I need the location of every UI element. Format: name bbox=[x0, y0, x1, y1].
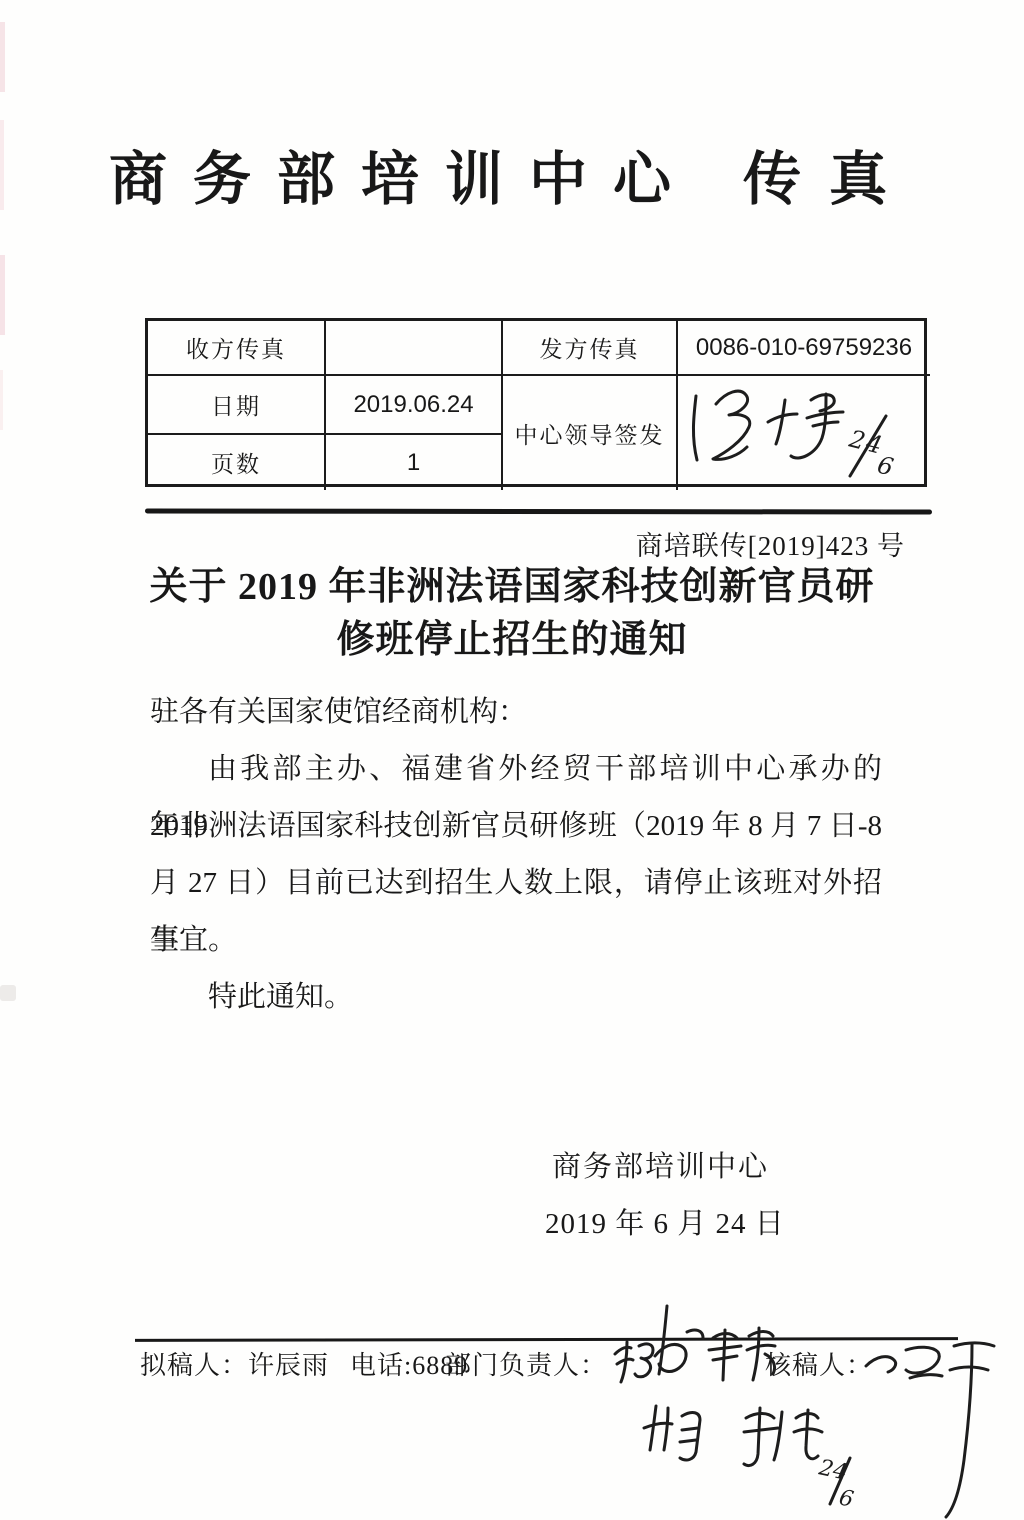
salutation: 驻各有关国家使馆经商机构： bbox=[150, 684, 882, 741]
signature-day: 24 bbox=[846, 424, 887, 460]
reviewer-label: 核稿人： bbox=[765, 1346, 873, 1386]
handwritten-initials-and-date: 24 6 bbox=[638, 1388, 868, 1513]
drafter-field: 拟稿人：许辰雨 bbox=[140, 1346, 329, 1386]
leader-signature: 24 6 bbox=[680, 368, 930, 488]
closing-date: 2019 年 6 月 24 日 bbox=[545, 1201, 785, 1242]
notice-title-line2: 修班停止招生的通知 bbox=[0, 614, 1024, 667]
reviewer-signature bbox=[858, 1320, 1023, 1520]
date-value: 2019.06.24 bbox=[326, 376, 503, 435]
fax-info-table: 收方传真 发方传真 0086-010-69759236 日期 2019.06.2… bbox=[145, 318, 927, 487]
body-line: 事宜。 bbox=[150, 912, 882, 969]
phone-label: 电话: bbox=[350, 1351, 412, 1380]
pages-value: 1 bbox=[326, 435, 503, 490]
initials-month: 6 bbox=[837, 1485, 856, 1512]
body-line: 年非洲法语国家科技创新官员研修班（2019 年 8 月 7 日-8 bbox=[150, 798, 882, 855]
closing-organization: 商务部培训中心 bbox=[552, 1144, 769, 1185]
initials-day: 24 bbox=[816, 1455, 850, 1485]
drafter-name: 许辰雨 bbox=[248, 1351, 329, 1380]
fax-document-page: 商务部培训中心 传真 收方传真 发方传真 0086-010-69759236 日… bbox=[0, 0, 1024, 1520]
leader-signoff-label: 中心领导签发 bbox=[503, 376, 678, 490]
sender-fax-label: 发方传真 bbox=[503, 321, 678, 376]
footer-divider-line bbox=[135, 1337, 958, 1342]
doc-reference-number: 商培联传[2019]423 号 bbox=[636, 524, 905, 563]
notice-body: 驻各有关国家使馆经商机构： 由我部主办、福建省外经贸干部培训中心承办的 2019… bbox=[150, 684, 882, 1026]
drafter-label: 拟稿人： bbox=[140, 1351, 248, 1380]
recipient-fax-label: 收方传真 bbox=[148, 321, 326, 376]
dept-head-handwritten-note bbox=[605, 1298, 780, 1403]
scan-streak bbox=[0, 255, 5, 335]
recipient-fax-value bbox=[326, 321, 503, 376]
masthead-divider-line bbox=[145, 508, 932, 514]
scan-streak bbox=[0, 370, 3, 430]
sender-fax-value: 0086-010-69759236 bbox=[678, 321, 930, 376]
scan-streak bbox=[0, 22, 5, 92]
body-line: 特此通知。 bbox=[150, 969, 882, 1026]
body-line: 月 27 日）目前已达到招生人数上限，请停止该班对外招生 bbox=[150, 855, 882, 912]
dept-head-label: 部门负责人： bbox=[445, 1346, 607, 1386]
signature-month: 6 bbox=[875, 451, 899, 482]
notice-title-line1: 关于 2019 年非洲法语国家科技创新官员研 bbox=[0, 561, 1024, 614]
scan-smudge bbox=[0, 985, 16, 1001]
masthead-org-title: 商务部培训中心 bbox=[109, 134, 697, 226]
masthead-doc-type: 传真 bbox=[743, 134, 915, 226]
body-line: 由我部主办、福建省外经贸干部培训中心承办的 2019 bbox=[150, 741, 882, 798]
pages-label: 页数 bbox=[148, 435, 326, 490]
masthead: 商务部培训中心 传真 bbox=[0, 134, 1024, 226]
date-label: 日期 bbox=[148, 376, 326, 435]
leader-signoff-cell: 24 6 bbox=[678, 376, 930, 490]
